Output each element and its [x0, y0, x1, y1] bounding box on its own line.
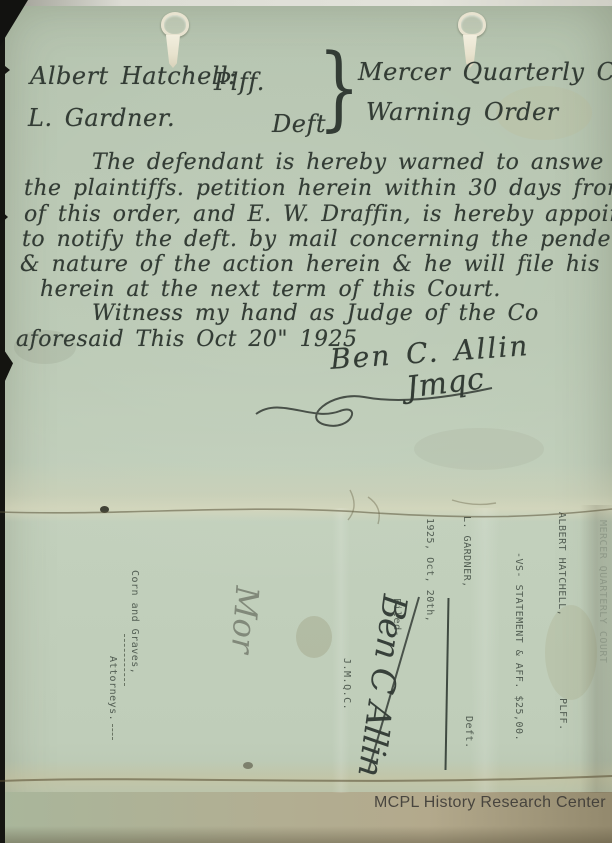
body-line: to notify the deft. by mail concerning t… [22, 227, 612, 252]
scan-corner [0, 0, 28, 46]
defendant-name: L. Gardner. [28, 104, 175, 132]
body-line: the plaintiffs. petition herein within 3… [24, 176, 612, 201]
clerk-signature: Ben C Allin [349, 592, 414, 779]
attorneys-label: Attorneys. [107, 656, 118, 721]
body-line: & nature of the action herein & he will … [20, 252, 612, 277]
fold-crease-line [0, 509, 612, 517]
faint-stain [545, 605, 597, 700]
fastener-loop-head [161, 12, 189, 37]
body-line: herein at the next term of this Court. [40, 277, 501, 302]
wrinkle-shadow [414, 428, 544, 470]
docket-defendant: L. GARDNER, [461, 516, 472, 588]
dark-speck [243, 762, 253, 769]
body-line: The defendant is hereby warned to answe [92, 150, 604, 175]
bottom-edge-shadow [0, 826, 612, 843]
body-line: Witness my hand as Judge of the Co [92, 301, 539, 326]
scan-top-edge [0, 0, 612, 6]
typed-underline [112, 724, 113, 740]
lower-fold-crease-line [0, 776, 612, 781]
plaintiff-name: Albert Hatchell: [30, 62, 237, 90]
docket-filing-date: 1925, Oct, 20th, [424, 518, 435, 622]
vertical-fold-highlight [470, 508, 500, 793]
case-caption-brace: } [318, 46, 360, 131]
wrinkle-marks [348, 490, 496, 524]
scan-left-edge [0, 0, 5, 843]
vertical-fold-highlight [332, 508, 350, 793]
scanned-document-page: Albert Hatchell: Plff. L. Gardner. Deft … [0, 0, 612, 843]
docket-plaintiff-abbr: PLFF. [557, 698, 568, 731]
lower-fold-band [0, 760, 612, 798]
order-title: Warning Order [366, 98, 559, 126]
horizontal-fold-band [0, 462, 612, 522]
body-line: aforesaid This Oct 20" 1925 [16, 327, 358, 352]
docket-edge-court-name: MERCER QUARTERLY COURT [597, 520, 608, 663]
body-line: of this order, and E. W. Draffin, is her… [24, 202, 612, 227]
fastener-loop-head [458, 12, 486, 37]
typed-underline [124, 634, 125, 686]
docket-plaintiff: ALBERT HATCHELL, [556, 512, 567, 616]
plaintiff-abbr: Plff. [214, 68, 265, 96]
stain [296, 616, 332, 658]
attorneys-firm: Corn and Graves, [129, 570, 140, 674]
torn-edge-notch [0, 344, 13, 392]
clerk-abbr: J.M.Q.C. [341, 658, 352, 710]
paper-fastener-left [156, 12, 190, 68]
court-name: Mercer Quarterly Court [358, 58, 612, 86]
docket-defendant-abbr: Deft. [463, 716, 474, 749]
typed-divider-rule [444, 598, 449, 770]
pencil-note: Mor [224, 585, 267, 655]
docket-vs-statement: -VS- STATEMENT & AFF. $25,00. [513, 552, 524, 741]
dark-speck [100, 506, 109, 513]
archive-watermark: MCPL History Research Center [374, 794, 606, 812]
torn-edge-notch [0, 210, 8, 224]
torn-edge-notch [0, 62, 10, 78]
